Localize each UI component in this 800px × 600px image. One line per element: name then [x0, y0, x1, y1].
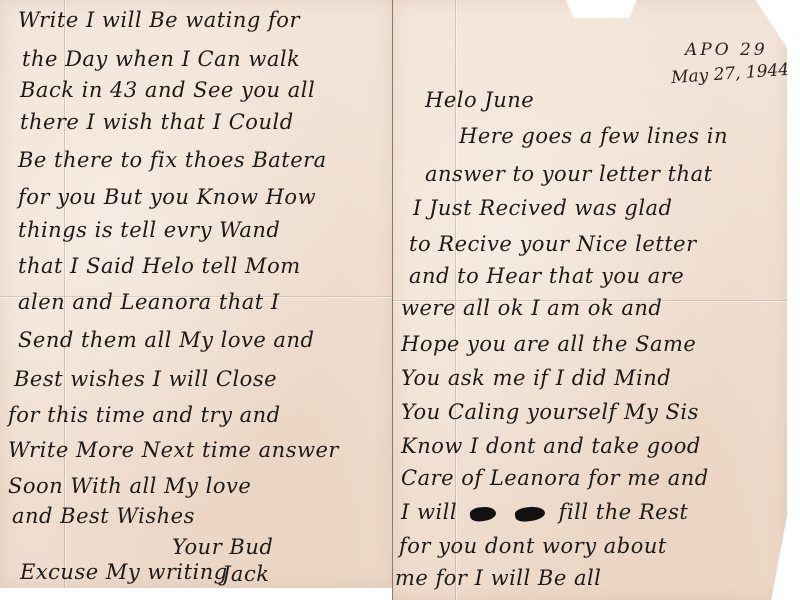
letter-line: and to Hear that you are: [409, 264, 684, 288]
letter-line: Send them all My love and: [18, 328, 314, 352]
letter-line: there I wish that I Could: [20, 110, 294, 134]
letter-line: that I Said Helo tell Mom: [18, 254, 301, 278]
letter-line: You ask me if I did Mind: [401, 366, 671, 390]
letter-signature: Jack: [222, 562, 269, 586]
letter-line: Soon With all My love: [8, 474, 251, 498]
letter-line: for you dont wory about: [399, 534, 667, 558]
letter-line: alen and Leanora that I: [18, 290, 280, 314]
letter-line: Best wishes I will Close: [14, 367, 277, 391]
letter-line: things is tell evry Wand: [18, 218, 280, 242]
letter-line: Care of Leanora for me and: [401, 466, 709, 490]
letter-line: the Day when I Can walk: [22, 47, 300, 71]
letter-postscript: Excuse My writing: [20, 560, 228, 584]
letter-line: Write I will Be wating for: [18, 8, 300, 32]
letter-line: answer to your letter that: [425, 162, 713, 186]
letter-page-left: Write I will Be wating for the Day when …: [0, 0, 392, 588]
letter-page-right: APO 29 May 27, 1944 Helo June Here goes …: [392, 0, 787, 600]
letter-text: I will: [401, 500, 457, 524]
letter-line: and Best Wishes: [12, 504, 195, 528]
letter-line: for this time and try and: [8, 403, 281, 427]
letter-line: I will fill the Rest: [401, 500, 688, 524]
letter-line: Know I dont and take good: [401, 434, 701, 458]
letter-text: fill the Rest: [559, 500, 689, 524]
letter-line: Write More Next time answer: [8, 438, 339, 462]
ink-blot-scribble: [515, 504, 547, 522]
letter-line: for you But you Know How: [18, 185, 316, 209]
letter-closing: Your Bud: [172, 535, 273, 559]
letter-line: Back in 43 and See you all: [20, 78, 315, 102]
letter-line: Here goes a few lines in: [459, 124, 728, 148]
letter-line: Hope you are all the Same: [401, 332, 696, 356]
letter-line: me for I will Be all: [395, 566, 601, 590]
letter-line: You Caling yourself My Sis: [401, 400, 699, 424]
letter-scan: Write I will Be wating for the Day when …: [0, 0, 800, 600]
letter-line: I Just Recived was glad: [413, 196, 673, 220]
letter-line: Be there to fix thoes Batera: [18, 148, 327, 172]
letter-salutation: Helo June: [425, 88, 534, 112]
apo-number: APO 29: [685, 40, 768, 60]
letter-date: May 27, 1944: [670, 60, 789, 88]
letter-line: to Recive your Nice letter: [409, 232, 697, 256]
ink-blot-scribble: [469, 505, 497, 522]
letter-line: were all ok I am ok and: [401, 296, 662, 320]
